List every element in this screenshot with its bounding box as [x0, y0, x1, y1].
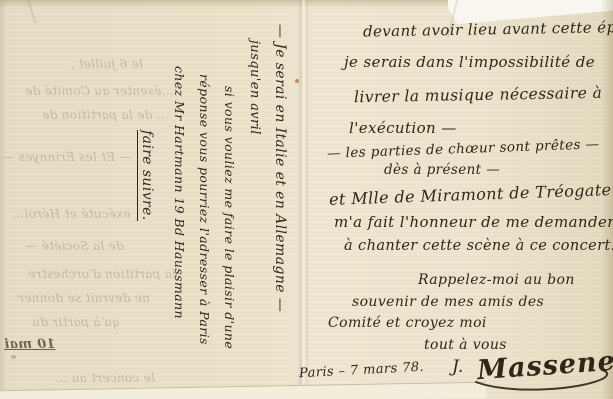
signature-flourish [474, 366, 613, 394]
handwritten-line: — les parties de chœur sont prêtes — [327, 136, 600, 161]
handwritten-line: je serais dans l'impossibilité de [344, 53, 595, 71]
handwritten-line: Rappelez-moi au bon [418, 272, 575, 288]
handwritten-line: à chanter cette scène à ce concert. [344, 238, 613, 254]
dateline: Paris – 7 mars 78. [299, 360, 425, 382]
letter-scan: le 6 juillet , …ésenter au Comité de … d… [0, 0, 613, 399]
handwritten-line: chez Mr Hartmann 19 Bd Haussmann [167, 24, 192, 336]
handwritten-line: jusqu'en avril [242, 24, 267, 336]
handwritten-line: réponse vous pourriez l'adresser à Paris [192, 24, 217, 336]
handwritten-line: devant avoir lieu avant cette époque [363, 17, 613, 40]
bleedthrough-line: le concert au … [55, 371, 155, 385]
ink-speck [11, 355, 16, 359]
handwritten-line: m'a fait l'honneur de me demander [334, 213, 613, 231]
bleedthrough-line: exécuté et Héroï… [12, 207, 130, 221]
handwritten-line: tout à vous [424, 337, 507, 353]
handwritten-line: — Je serai en Italie et en Allemagne — [267, 24, 292, 336]
handwritten-line: Comité et croyez moi [328, 315, 487, 331]
handwritten-line-text: faire suivre. [137, 130, 155, 221]
handwritten-line-text: chez Mr Hartmann 19 Bd Haussmann [172, 66, 187, 319]
rotated-note: — Je serai en Italie et en Allemagne — j… [134, 24, 292, 336]
paper-edge-right-shadow [601, 0, 613, 399]
handwritten-line-text: — Je serai en Italie et en Allemagne — [272, 24, 288, 312]
bleedthrough-line: de la Société — [25, 239, 124, 253]
fold-crease [297, 0, 309, 399]
paper-edge-top [0, 0, 520, 8]
bleedthrough-line: qu'à partir du [32, 315, 120, 329]
handwritten-line-text: jusqu'en avril [247, 40, 262, 135]
handwritten-line: livrer la musique nécessaire à [354, 84, 602, 106]
handwritten-line: souvenir de mes amis des [352, 294, 544, 310]
handwritten-line-text: réponse vous pourriez l'adresser à Paris [197, 74, 212, 345]
bleedthrough-line: ne devrait se donner [18, 291, 150, 305]
ink-speck [295, 79, 299, 83]
handwritten-line: si vous vouliez me faire le plaisir d'un… [217, 24, 242, 336]
handwritten-line-text: si vous vouliez me faire le plaisir d'un… [222, 86, 237, 349]
bleedthrough-line: le 6 juillet , [70, 57, 143, 71]
bleedthrough-date: 10 mai [4, 337, 56, 352]
handwritten-line: et Mlle de Miramont de Tréogate [329, 180, 612, 209]
handwritten-line: dès à présent — [384, 162, 500, 178]
signature-initial: J. [452, 357, 464, 377]
bleedthrough-line: — Et les Érinnyes — [2, 150, 131, 164]
handwritten-line: l'exécution — [349, 119, 457, 137]
handwritten-line: faire suivre. [134, 24, 159, 336]
